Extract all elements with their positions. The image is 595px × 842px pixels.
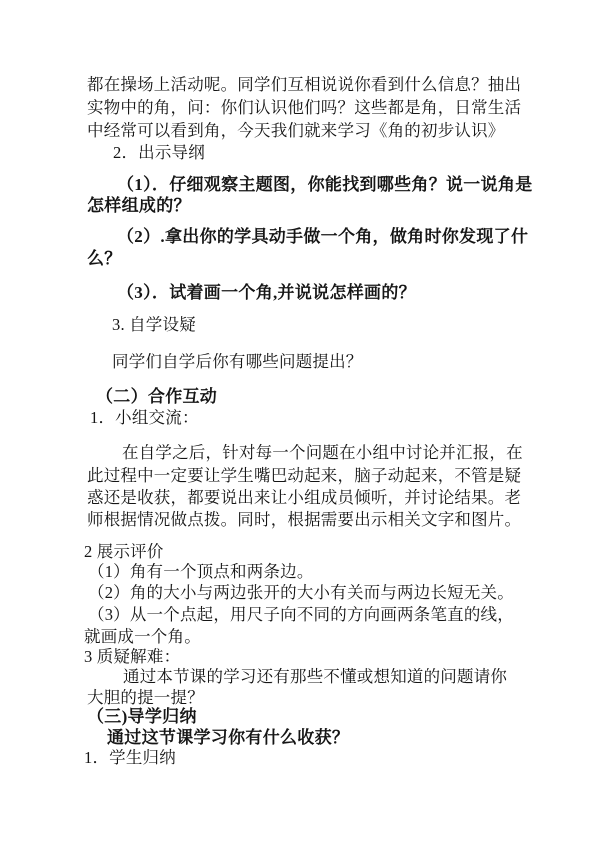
text-line: 2．出示导纲 <box>113 143 205 163</box>
text-line: 都在操场上活动呢。同学们互相说说你看到什么信息？抽出 <box>87 75 521 95</box>
text-line: 1．学生归纳 <box>84 748 176 768</box>
outline-question-line: （3）．试着画一个角,并说说怎样画的？ <box>117 283 416 303</box>
text-line: 1．小组交流： <box>90 408 199 428</box>
outline-question-line: 么？ <box>87 249 122 269</box>
document-page: 都在操场上活动呢。同学们互相说说你看到什么信息？抽出 实物中的角，问：你们认识他… <box>0 0 595 842</box>
text-line: 大胆的提一提？ <box>87 688 204 708</box>
text-line: 2 展示评价 <box>84 542 164 562</box>
outline-question-line: （1）．仔细观察主题图，你能找到哪些角？说一说角是 <box>117 175 533 195</box>
outline-question-line: 怎样组成的？ <box>87 196 191 216</box>
outline-question-line: （2）.拿出你的学具动手做一个角，做角时你发现了什 <box>117 227 528 247</box>
text-line: （3）从一个点起，用尺子向不同的方向画两条笔直的线， <box>88 605 514 625</box>
text-line: 中经常可以看到角，今天我们就来学习《角的初步认识》 <box>87 121 505 141</box>
text-line: （1）角有一个顶点和两条边。 <box>88 562 314 582</box>
text-line: 惑还是收获，都要说出来让小组成员倾听，并讨论结果。老 <box>87 488 521 508</box>
text-line: 实物中的角，问：你们认识他们吗？这些都是角，日常生活 <box>87 98 521 118</box>
text-line: 师根据情况做点拨。同时，根据需要出示相关文字和图片。 <box>87 510 521 530</box>
text-line: （2）角的大小与两边张开的大小有关而与两边长短无关。 <box>88 583 514 603</box>
text-line: 3. 自学设疑 <box>112 315 196 335</box>
text-line: 此过程中一定要让学生嘴巴动起来，脑子动起来，不管是疑 <box>87 466 521 486</box>
section-subheading: 通过这节课学习你有什么收获？ <box>107 728 349 748</box>
text-line: 3 质疑解难： <box>84 647 180 667</box>
text-line: 在自学之后，针对每一个问题在小组中讨论并汇报，在 <box>122 443 523 463</box>
text-line: 就画成一个角。 <box>84 627 201 647</box>
text-line: 同学们自学后你有哪些问题提出？ <box>112 352 363 372</box>
text-line: 通过本节课的学习还有那些不懂或想知道的问题请你 <box>123 667 507 687</box>
section-heading: （二）合作互动 <box>96 387 217 407</box>
section-heading: （三)导学归纳 <box>87 707 197 727</box>
